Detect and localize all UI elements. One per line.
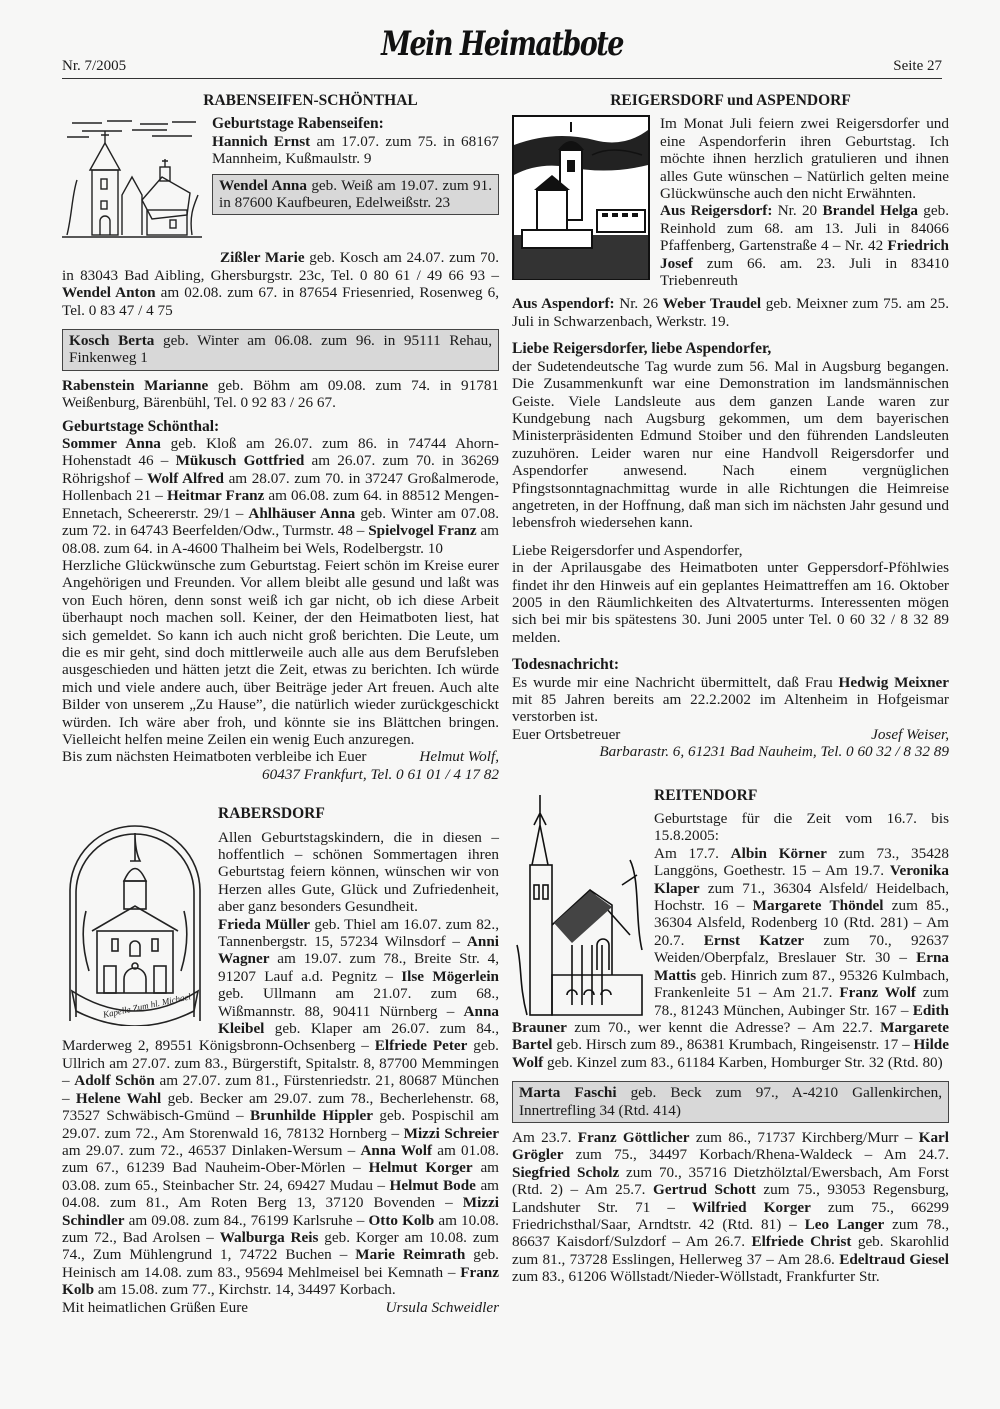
left-column: RABENSEIFEN-SCHÖNTHAL	[62, 92, 499, 1316]
subheading-schoenthal: Geburtstage Schönthal:	[62, 418, 499, 435]
svg-text:Kapelle Zum hl. Michael: Kapelle Zum hl. Michael	[101, 991, 192, 1020]
greeting-line: Liebe Reigersdorfer und Aspendorfer,	[512, 542, 949, 559]
birthday-entry: Rabenstein Marianne geb. Böhm am 09.08. …	[62, 377, 499, 412]
author-name: Ursula Schweidler	[386, 1299, 499, 1316]
signature-line: Euer Ortsbetreuer Josef Weiser,	[512, 726, 949, 743]
birthday-list-reitendorf-continued: Am 23.7. Franz Göttlicher zum 86., 71737…	[512, 1129, 949, 1286]
person-name: Kosch Berta	[69, 332, 154, 349]
highlight-box: Marta Faschi geb. Beck zum 97., A-4210 G…	[512, 1081, 949, 1123]
person-name: Rabenstein Marianne	[62, 377, 208, 394]
section-title: RABERSDORF	[62, 805, 499, 822]
birthday-entry: Zißler Marie geb. Kosch am 24.07. zum 70…	[62, 249, 499, 319]
section-reigersdorf-aspendorf: REIGERSDORF und ASPENDORF Im Monat Juli …	[512, 92, 949, 761]
obituary-heading: Todesnachricht:	[512, 656, 949, 673]
birthday-list-schoenthal: Sommer Anna geb. Kloß am 26.07. zum 86. …	[62, 435, 499, 557]
person-name: Wendel Anton	[62, 284, 156, 301]
signature-line: Mit heimatlichen Grüßen Eure Ursula Schw…	[62, 1299, 499, 1316]
obituary-text: Es wurde mir eine Nachricht übermittelt,…	[512, 674, 949, 726]
author-address: Barbarastr. 6, 61231 Bad Nauheim, Tel. 0…	[512, 743, 949, 760]
person-name: Hedwig Meixner	[839, 674, 949, 691]
page-header: Nr. 7/2005 Mein Heimatbote Seite 27	[62, 44, 942, 79]
highlight-box: Wendel Anna geb. Weiß am 19.07. zum 91. …	[212, 174, 499, 216]
person-name: Marta Faschi	[519, 1084, 617, 1101]
section-rabenseifen-schoenthal: RABENSEIFEN-SCHÖNTHAL	[62, 92, 499, 783]
section-rabersdorf: Kapelle Zum hl. Michael RABERSDORF Allen…	[62, 805, 499, 1316]
highlight-box: Kosch Berta geb. Winter am 06.08. zum 96…	[62, 329, 499, 371]
village-woodcut-illustration	[512, 115, 650, 280]
aspendorf-birthdays: Aus Aspendorf: Nr. 26 Weber Traudel geb.…	[512, 295, 949, 330]
section-reitendorf: REITENDORF Geburtstage für die Zeit vom …	[512, 787, 949, 1286]
person-name: Wendel Anna	[219, 177, 307, 194]
right-column: REIGERSDORF und ASPENDORF Im Monat Juli …	[512, 92, 949, 1286]
body-text: in der Aprilausgabe des Heimatboten unte…	[512, 559, 949, 646]
author-name: Josef Weiser,	[871, 726, 949, 743]
person-name: Hannich Ernst	[212, 133, 310, 150]
church-chapel-illustration	[62, 115, 202, 243]
greeting-heading: Liebe Reigersdorfer, liebe Aspendorfer,	[512, 340, 949, 357]
signature-line: Bis zum nächsten Heimatboten verbleibe i…	[62, 748, 499, 765]
person-name: Zißler Marie	[220, 249, 305, 266]
body-text: der Sudetendeutsche Tag wurde zum 56. Ma…	[512, 358, 949, 532]
author-name: Helmut Wolf,	[419, 748, 499, 765]
gothic-church-illustration	[512, 795, 644, 1017]
issue-number: Nr. 7/2005	[62, 58, 126, 75]
body-text: Herzliche Glückwünsche zum Geburtstag. F…	[62, 557, 499, 748]
chapel-emblem-illustration: Kapelle Zum hl. Michael	[62, 821, 208, 1026]
section-title: RABENSEIFEN-SCHÖNTHAL	[122, 92, 499, 109]
masthead-logo: Mein Heimatbote	[372, 34, 632, 56]
page-number: Seite 27	[893, 58, 942, 75]
author-address: 60437 Frankfurt, Tel. 0 61 01 / 4 17 82	[62, 766, 499, 783]
section-title: REIGERSDORF und ASPENDORF	[512, 92, 949, 109]
